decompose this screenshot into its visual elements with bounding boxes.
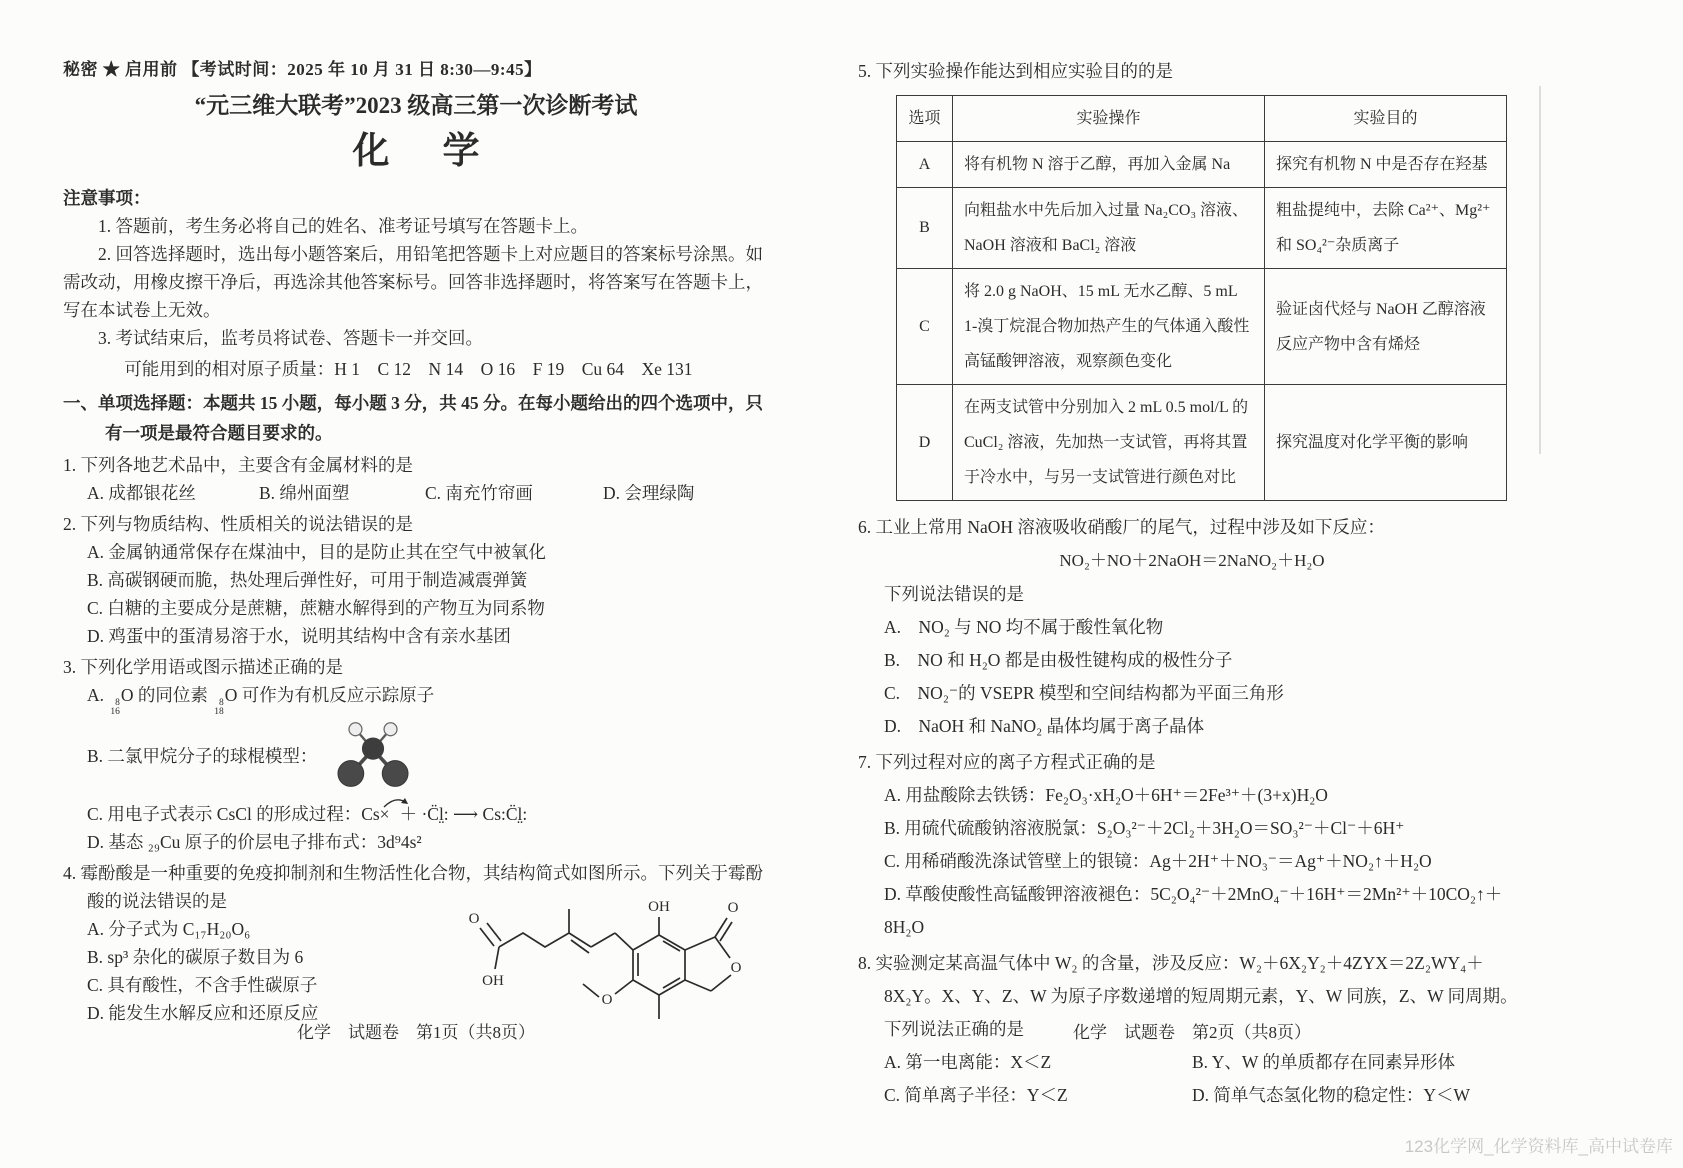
option-label: C. 用电子式表示 CsCl 的形成过程：: [87, 804, 361, 824]
question-stem: 3. 下列化学用语或图示描述正确的是: [63, 653, 769, 681]
question-7: 7. 下列过程对应的离子方程式正确的是 A. 用盐酸除去铁锈：Fe₂O₃·xH₂…: [858, 746, 1526, 944]
exam-title: “元三维大联考”2023 级高三第一次诊断考试: [63, 90, 769, 122]
notice-item: 1. 答题前，考生务必将自己的姓名、准考证号填写在答题卡上。: [63, 212, 769, 240]
subject-title: 化 学: [63, 128, 769, 176]
question-stem: 5. 下列实验操作能达到相应实验目的的是: [858, 55, 1526, 88]
table-cell-operation: 将 2.0 g NaOH、15 mL 无水乙醇、5 mL 1-溴丁烷混合物加热产…: [953, 269, 1265, 385]
table-cell-purpose: 探究温度对化学平衡的影响: [1265, 385, 1507, 501]
table-row: C 将 2.0 g NaOH、15 mL 无水乙醇、5 mL 1-溴丁烷混合物加…: [897, 269, 1507, 385]
question-4: 4. 霉酚酸是一种重要的免疫抑制剂和生物活性化合物，其结构简式如图所示。下列关于…: [63, 859, 769, 1027]
option-item: A. NO₂ 与 NO 均不属于酸性氧化物: [884, 611, 1526, 644]
option-item: A. 金属钠通常保存在煤油中，目的是防止其在空气中被氧化: [87, 538, 769, 566]
table-row: D 在两支试管中分别加入 2 mL 0.5 mol/L 的 CuCl₂ 溶液，先…: [897, 385, 1507, 501]
security-header: 秘密 ★ 启用前 【考试时间：2025 年 10 月 31 日 8:30—9:4…: [63, 58, 769, 82]
page-footer: 化学 试题卷 第1页（共8页）: [63, 1018, 769, 1043]
watermark: 123化学网_化学资料库_高中试卷库: [1405, 1132, 1673, 1157]
option-item: D. 草酸使酸性高锰酸钾溶液褪色：5C₂O₄²⁻＋2MnO₄⁻＋16H⁺＝2Mn…: [884, 878, 1526, 944]
atom-label: O: [731, 960, 742, 976]
table-row: A 将有机物 N 溶于乙醇，再加入金属 Na 探究有机物 N 中是否存在羟基: [897, 142, 1507, 188]
question-stem: 6. 工业上常用 NaOH 溶液吸收硝酸厂的尾气，过程中涉及如下反应：: [858, 511, 1526, 544]
question-1: 1. 下列各地艺术品中，主要含有金属材料的是 A. 成都银花丝 B. 绵州面塑 …: [63, 451, 769, 507]
table-cell-purpose: 粗盐提纯中，去除 Ca²⁺、Mg²⁺ 和 SO₄²⁻杂质离子: [1265, 188, 1507, 269]
table-header-operation: 实验操作: [953, 96, 1265, 142]
option-item: B. 高碳钢硬而脆，热处理后弹性好，可用于制造减震弹簧: [87, 566, 769, 594]
isotope-o18: 818: [214, 699, 224, 716]
table-cell-option: C: [897, 269, 953, 385]
table-header-option: 选项: [897, 96, 953, 142]
isotope-o16: 816: [110, 699, 120, 716]
option-item: C. 白糖的主要成分是蔗糖，蔗糖水解得到的产物互为同系物: [87, 594, 769, 622]
option-item: C. 简单离子半径：Y＜Z: [884, 1079, 1192, 1112]
option-letter: A.: [87, 685, 108, 705]
table-row: B 向粗盐水中先后加入过量 Na₂CO₃ 溶液、NaOH 溶液和 BaCl₂ 溶…: [897, 188, 1507, 269]
atom-label: O: [602, 992, 613, 1008]
option-item: B. 绵州面塑: [259, 479, 425, 507]
option-item: D. 鸡蛋中的蛋清易溶于水，说明其结构中含有亲水基团: [87, 622, 769, 650]
option-item: A. 成都银花丝: [87, 479, 259, 507]
notice-item: 2. 回答选择题时，选出每小题答案后，用铅笔把答题卡上对应题目的答案标号涂黑。如…: [63, 240, 769, 324]
question-3: 3. 下列化学用语或图示描述正确的是 A. 816O 的同位素 818O 可作为…: [63, 653, 769, 856]
notice-title: 注意事项：: [63, 184, 769, 212]
option-item: B. Y、W 的单质都存在同素异形体: [1192, 1046, 1526, 1079]
experiment-table: 选项 实验操作 实验目的 A 将有机物 N 溶于乙醇，再加入金属 Na 探究有机…: [896, 95, 1507, 501]
option-item: C. NO₂⁻的 VSEPR 模型和空间结构都为平面三角形: [884, 677, 1526, 710]
option-item: B. NO 和 H₂O 都是由极性键构成的极性分子: [884, 644, 1526, 677]
ball-and-stick-model: [325, 720, 421, 792]
table-cell-operation: 在两支试管中分别加入 2 mL 0.5 mol/L 的 CuCl₂ 溶液，先加热…: [953, 385, 1265, 501]
table-header-purpose: 实验目的: [1265, 96, 1507, 142]
option-item: D. 会理绿陶: [603, 479, 694, 507]
mycophenolic-acid-structure: O OH OH O O O: [443, 881, 773, 1031]
option-item: A. 816O 的同位素 818O 可作为有机反应示踪原子: [87, 681, 769, 716]
question-stem: 2. 下列与物质结构、性质相关的说法错误的是: [63, 510, 769, 538]
question-6: 6. 工业上常用 NaOH 溶液吸收硝酸厂的尾气，过程中涉及如下反应： NO₂＋…: [858, 511, 1526, 743]
table-cell-option: D: [897, 385, 953, 501]
table-cell-purpose: 探究有机物 N 中是否存在羟基: [1265, 142, 1507, 188]
option-item: C. 用电子式表示 CsCl 的形成过程：Cs×＋ ·C̈l̤: ⟶ Cs:C̈…: [87, 796, 769, 828]
table-cell-option: A: [897, 142, 953, 188]
option-item: B. 二氯甲烷分子的球棍模型：: [87, 716, 769, 796]
option-item: C. 南充竹帘画: [425, 479, 603, 507]
table-cell-operation: 将有机物 N 溶于乙醇，再加入金属 Na: [953, 142, 1265, 188]
atom-label: OH: [482, 973, 504, 989]
option-item: D. NaOH 和 NaNO₂ 晶体均属于离子晶体: [884, 710, 1526, 743]
table-cell-purpose: 验证卤代烃与 NaOH 乙醇溶液反应产物中含有烯烃: [1265, 269, 1507, 385]
atomic-masses: 可能用到的相对原子质量：H 1 C 12 N 14 O 16 F 19 Cu 6…: [63, 354, 769, 384]
option-label: B. 二氯甲烷分子的球棍模型：: [87, 742, 317, 770]
table-cell-option: B: [897, 188, 953, 269]
option-item: A. 第一电离能：X＜Z: [884, 1046, 1192, 1079]
question-stem: 7. 下列过程对应的离子方程式正确的是: [858, 746, 1526, 779]
table-header-row: 选项 实验操作 实验目的: [897, 96, 1507, 142]
option-item: D. 基态 ₂₉Cu 原子的价层电子排布式：3d⁹4s²: [87, 828, 769, 856]
question-substem: 下列说法错误的是: [884, 578, 1526, 611]
option-item: B. 用硫代硫酸钠溶液脱氯：S₂O₃²⁻＋2Cl₂＋3H₂O＝SO₃²⁻＋Cl⁻…: [884, 812, 1526, 845]
atom-label: O: [728, 900, 739, 916]
page-footer: 化学 试题卷 第2页（共8页）: [858, 1018, 1526, 1043]
atom-label: OH: [648, 899, 670, 915]
section-heading: 一、单项选择题：本题共 15 小题，每小题 3 分，共 45 分。在每小题给出的…: [63, 388, 769, 448]
atom-label: O: [469, 911, 480, 927]
option-item: C. 用稀硝酸洗涤试管壁上的银镜：Ag＋2H⁺＋NO₃⁻＝Ag⁺＋NO₂↑＋H₂…: [884, 845, 1526, 878]
page-1: 秘密 ★ 启用前 【考试时间：2025 年 10 月 31 日 8:30—9:4…: [63, 58, 769, 1108]
notice-item: 3. 考试结束后，监考员将试卷、答题卡一并交回。: [63, 324, 769, 352]
table-cell-operation: 向粗盐水中先后加入过量 Na₂CO₃ 溶液、NaOH 溶液和 BaCl₂ 溶液: [953, 188, 1265, 269]
option-grid: A. 第一电离能：X＜Z B. Y、W 的单质都存在同素异形体 C. 简单离子半…: [884, 1046, 1526, 1112]
question-5: 5. 下列实验操作能达到相应实验目的的是 选项 实验操作 实验目的 A 将有机物…: [858, 55, 1526, 501]
question-stem: 1. 下列各地艺术品中，主要含有金属材料的是: [63, 451, 769, 479]
electron-formula: Cs×＋ ·C̈l̤: ⟶ Cs:C̈l̤:: [361, 804, 527, 824]
page-2: 5. 下列实验操作能达到相应实验目的的是 选项 实验操作 实验目的 A 将有机物…: [858, 52, 1526, 1112]
chemical-equation: NO₂＋NO＋2NaOH＝2NaNO₂＋H₂O: [858, 544, 1526, 578]
question-2: 2. 下列与物质结构、性质相关的说法错误的是 A. 金属钠通常保存在煤油中，目的…: [63, 510, 769, 650]
scan-artifact-line: [1539, 86, 1541, 454]
option-item: A. 用盐酸除去铁锈：Fe₂O₃·xH₂O＋6H⁺＝2Fe³⁺＋(3+x)H₂O: [884, 779, 1526, 812]
option-item: D. 简单气态氢化物的稳定性：Y＜W: [1192, 1079, 1526, 1112]
option-row: A. 成都银花丝 B. 绵州面塑 C. 南充竹帘画 D. 会理绿陶: [87, 479, 769, 507]
